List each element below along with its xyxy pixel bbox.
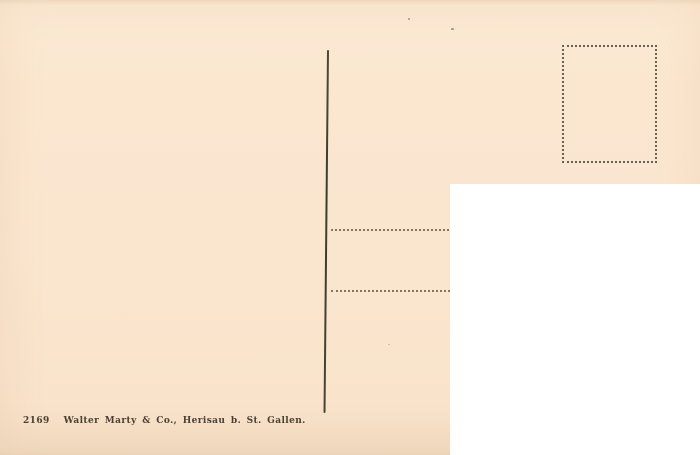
- scan-speck: [388, 344, 390, 345]
- publisher-credit: 2169Walter Marty & Co., Herisau b. St. G…: [23, 416, 306, 426]
- publisher-name: Walter Marty & Co., Herisau b. St. Galle…: [64, 416, 306, 426]
- stamp-box: [562, 45, 657, 163]
- scanned-postcard-back: 2169Walter Marty & Co., Herisau b. St. G…: [0, 0, 700, 455]
- divider-line: [324, 50, 329, 413]
- address-dotted-line: [331, 290, 450, 292]
- card-number: 2169: [23, 416, 50, 426]
- scan-speck: [451, 28, 454, 30]
- scan-speck: [408, 18, 410, 20]
- address-dotted-line: [331, 229, 449, 231]
- blank-overlay-rectangle: [450, 184, 700, 455]
